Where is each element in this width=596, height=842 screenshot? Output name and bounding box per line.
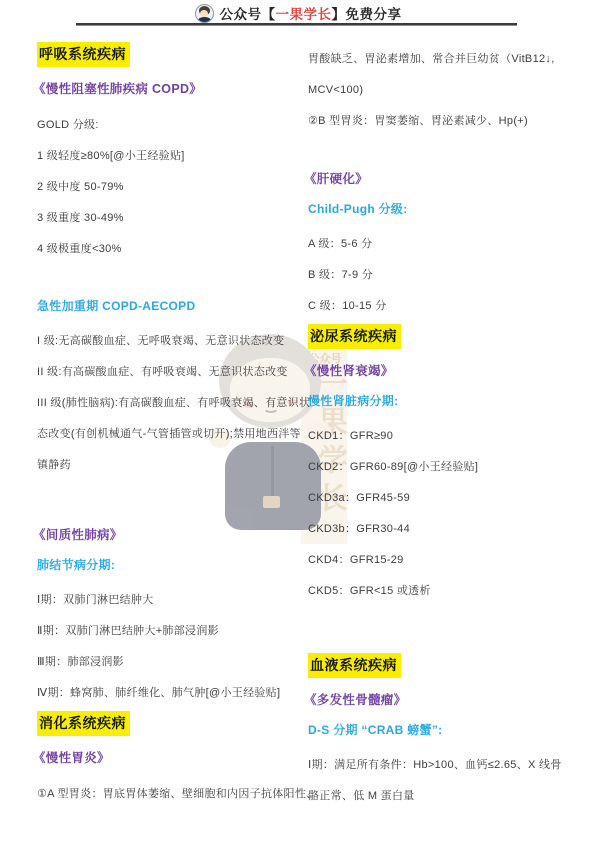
disease-title: 《肝硬化》 [304, 169, 570, 187]
section-title: 泌尿系统疾病 [308, 324, 401, 349]
header-title-suffix: 】免费分享 [332, 7, 402, 22]
disease-title: 《慢性肾衰竭》 [304, 361, 570, 379]
note-line: I 级:无高碳酸血症、无呼吸衰竭、无意识状态改变 [37, 326, 297, 357]
note-line: MCV<100) [308, 75, 570, 106]
note-line: Ⅳ期：蜂窝肺、肺纤维化、肺气肿[@小王经验贴] [37, 678, 297, 709]
header-title: 公众号【一果学长】免费分享 [220, 3, 402, 23]
note-line: B 级：7-9 分 [308, 260, 570, 291]
disease-title: 《间质性肺病》 [33, 525, 297, 543]
note-line: CKD3b：GFR30-44 [308, 514, 570, 545]
spacer [308, 607, 570, 651]
note-line: Ⅰ期：满足所有条件：Hb>100、血钙≤2.65、X 线骨 [308, 750, 570, 781]
subsection-title: Child-Pugh 分级: [308, 200, 570, 217]
page-header: 公众号【一果学长】免费分享 [0, 2, 596, 24]
spacer [37, 481, 297, 525]
note-line: Ⅰ期：双肺门淋巴结肿大 [37, 585, 297, 616]
note-line: 胃酸缺乏、胃泌素增加、常合并巨幼贫（VitB12↓, [308, 44, 570, 75]
note-line: 镇静药 [37, 450, 297, 481]
header-brand-name: 一果学长 [276, 7, 332, 22]
note-line: C 级：10-15 分 [308, 291, 570, 322]
note-line: 2 级中度 50-79% [37, 172, 297, 203]
note-line: 1 级轻度≥80%[@小王经验贴] [37, 141, 297, 172]
spacer [37, 265, 297, 297]
header-divider [76, 23, 517, 26]
spacer [308, 137, 570, 169]
header-title-prefix: 公众号【 [220, 7, 276, 22]
subsection-title: 急性加重期 COPD-AECOPD [37, 297, 297, 314]
subsection-title: 肺结节病分期: [37, 556, 297, 573]
note-line: III 级(肺性脑病):有高碳酸血症、有呼吸衰竭、有意识状 [37, 388, 297, 419]
note-line: II 级:有高碳酸血症、有呼吸衰竭、无意识状态改变 [37, 357, 297, 388]
note-line: 骼正常、低 M 蛋白量 [308, 781, 570, 812]
note-line: Ⅱ期：双肺门淋巴结肿大+肺部浸润影 [37, 616, 297, 647]
note-line: 4 级极重度<30% [37, 234, 297, 265]
avatar-face [200, 10, 208, 17]
note-line: Ⅲ期：肺部浸润影 [37, 647, 297, 678]
note-line: CKD3a：GFR45-59 [308, 483, 570, 514]
note-line: ②B 型胃炎：胃窦萎缩、胃泌素减少、Hp(+) [308, 106, 570, 137]
note-line: GOLD 分级: [37, 110, 297, 141]
note-line: CKD2：GFR60-89[@小王经验贴] [308, 452, 570, 483]
avatar-torso [198, 17, 211, 23]
section-title: 血液系统疾病 [308, 653, 401, 678]
account-avatar-icon [195, 4, 214, 23]
disease-title: 《慢性胃炎》 [33, 748, 297, 766]
disease-title: 《慢性阻塞性肺疾病 COPD》 [33, 79, 297, 97]
note-line: A 级：5-6 分 [308, 229, 570, 260]
note-line: ①A 型胃炎：胃底胃体萎缩、壁细胞和内因子抗体阳性、 [37, 779, 297, 810]
subsection-title: 慢性肾脏病分期: [308, 392, 570, 409]
note-line: 3 级重度 30-49% [37, 203, 297, 234]
note-line: CKD5：GFR<15 或透析 [308, 576, 570, 607]
section-title: 呼吸系统疾病 [37, 42, 130, 67]
section-title: 消化系统疾病 [37, 711, 130, 736]
left-column: 呼吸系统疾病《慢性阻塞性肺疾病 COPD》GOLD 分级:1 级轻度≥80%[@… [37, 40, 297, 810]
right-column: 胃酸缺乏、胃泌素增加、常合并巨幼贫（VitB12↓,MCV<100)②B 型胃炎… [308, 44, 570, 812]
note-line: CKD4：GFR15-29 [308, 545, 570, 576]
note-line: 态改变(有创机械通气-气管插管或切开);禁用地西泮等 [37, 419, 297, 450]
disease-title: 《多发性骨髓瘤》 [304, 690, 570, 708]
note-line: CKD1：GFR≥90 [308, 421, 570, 452]
subsection-title: D-S 分期 “CRAB 螃蟹”: [308, 721, 570, 738]
